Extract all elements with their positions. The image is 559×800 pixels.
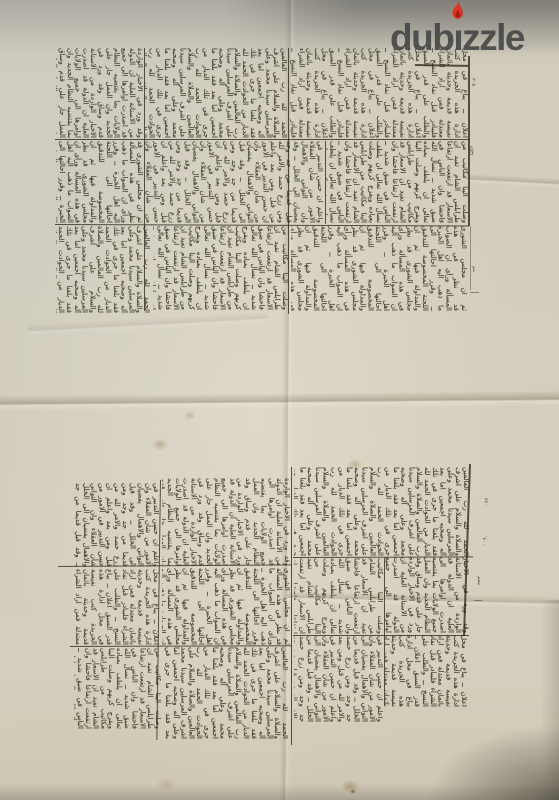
manuscript-text-column: واعلم ان حسن التدبير في الامور من شأن ال… [74, 483, 159, 567]
edge-annotation: ٬٤٠٠ [481, 536, 486, 546]
rule-line [470, 292, 479, 293]
manuscript-text-column: اعلان ــ يباع في محل ادارة هذه الجريدة ك… [385, 635, 467, 707]
watermark-text-post: zzle [462, 17, 524, 58]
rule-line [288, 48, 289, 314]
manuscript-text-column: الحمد لله رب العالمين والصلاة والسلام عل… [145, 48, 287, 138]
manuscript-text-column: وقد ورد في الاخبار الواردة من الاستانة ا… [162, 478, 290, 566]
manuscript-text-column: وصلت الينا مكاتيب من طرابلس الشام تفيد ا… [74, 648, 161, 729]
manuscript-text-column: وصلت الينا مكاتيب من طرابلس الشام تفيد ا… [294, 558, 383, 634]
watermark-text-pre: dub [390, 17, 453, 58]
manuscript-text-column: واعلم ان حسن التدبير في الامور من شأن ال… [145, 141, 323, 223]
manuscript-text-column: الحمد لله رب العالمين والصلاة والسلام عل… [56, 226, 150, 313]
manuscript-text-column: وصلت الينا مكاتيب من طرابلس الشام تفيد ا… [153, 226, 288, 310]
manuscript-text-column: اعلان ــ يباع في محل ادارة هذه الجريدة ك… [74, 569, 159, 645]
rule-line [470, 226, 471, 290]
photo-frame: وقد ورد في الاخبار الواردة من الاستانة ا… [0, 0, 559, 800]
edge-annotation: ٣٠٥ [470, 78, 475, 86]
manuscript-text-column: وقد ورد في الاخبار الواردة من الاستانة ا… [56, 48, 143, 138]
edge-annotation: ٤٤٠ [483, 498, 488, 506]
paper-stain [152, 438, 168, 451]
rule-line [55, 139, 469, 140]
manuscript-text-column: واعلم ان حسن التدبير في الامور من شأن ال… [294, 636, 383, 722]
edge-annotation: ا٥٣ء [468, 146, 473, 155]
paper-stain [184, 411, 196, 420]
rule-line [291, 467, 292, 745]
manuscript-text-column: ثم ان مجلس الشورى قد نظر في هذه المسألة … [291, 226, 467, 311]
manuscript-text-column: اعلان ــ يباع في محل ادارة هذه الجريدة ك… [290, 48, 468, 138]
paper-stain [347, 459, 363, 470]
rule-line [384, 558, 385, 706]
manuscript-text-column: وقد ورد في الاخبار الواردة من الاستانة ا… [385, 557, 469, 633]
watermark-letter-i: ı [453, 17, 462, 58]
flame-icon [448, 1, 467, 22]
rule-line [325, 141, 326, 224]
manuscript-text-column: الحمد لله رب العالمين والصلاة والسلام عل… [164, 647, 288, 739]
dubizzle-watermark: dubızzle [390, 21, 524, 61]
manuscript-text-column: ثم ان مجلس الشورى قد نظر في هذه المسألة … [162, 568, 290, 645]
edge-annotation: مجم [476, 576, 481, 585]
edge-annotation: مم [471, 266, 476, 272]
rule-line [293, 635, 469, 636]
paper-stain [350, 789, 356, 794]
manuscript-text-column: ثم ان مجلس الشورى قد نظر في هذه المسألة … [56, 141, 143, 223]
rule-line [474, 600, 482, 601]
manuscript-text-column: الحمد لله رب العالمين والصلاة والسلام عل… [294, 467, 469, 556]
paper-stain [156, 778, 176, 791]
manuscript-text-column: وصلت الينا مكاتيب من طرابلس الشام تفيد ا… [326, 141, 468, 223]
rule-line [144, 48, 145, 311]
